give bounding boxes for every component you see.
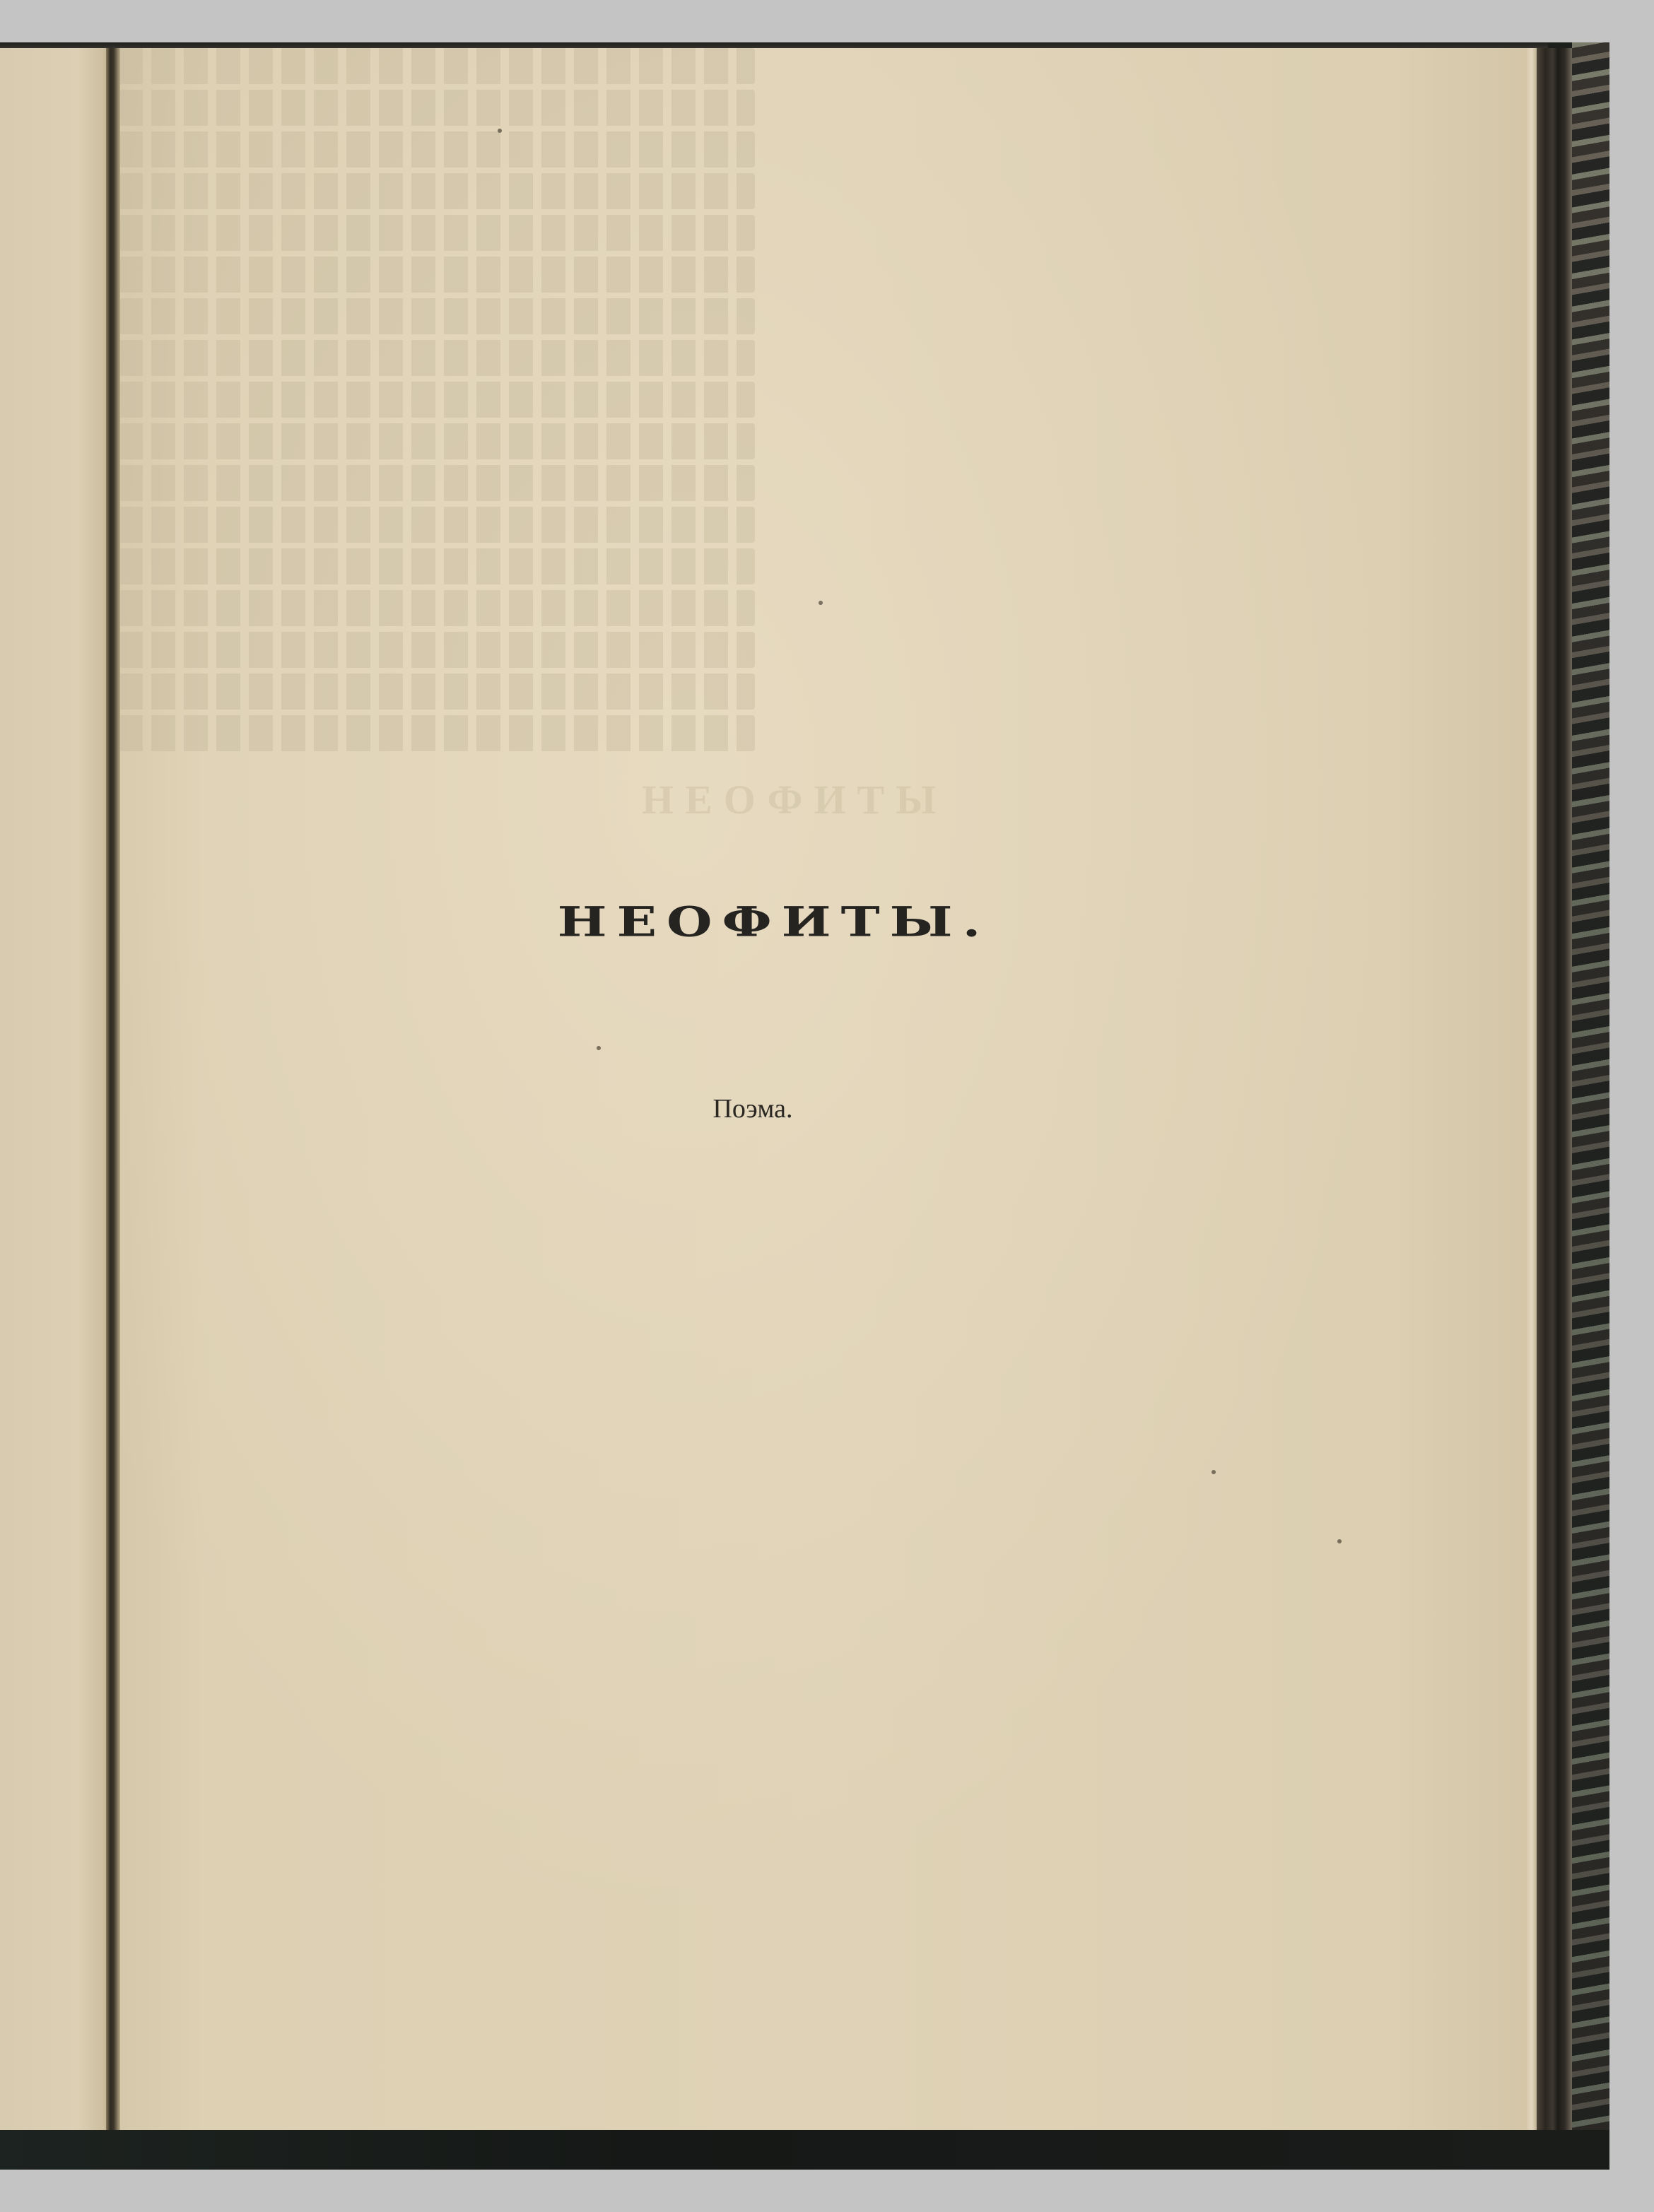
page-title: НЕОФИТЫ. <box>523 898 1025 946</box>
page-subtitle: Поэма. <box>636 1093 869 1124</box>
paper-speck <box>498 129 502 133</box>
book-edge-strata <box>1537 48 1572 2131</box>
paper-speck <box>597 1046 601 1050</box>
paper-speck <box>1212 1470 1216 1474</box>
bleed-through-title: НЕОФИТЫ <box>642 776 947 823</box>
paper-speck <box>1337 1539 1342 1543</box>
paper-speck <box>819 601 823 605</box>
page-fore-edge <box>1527 48 1537 2131</box>
left-page-fragment <box>0 48 112 2131</box>
bottom-cover-edge <box>0 2130 1609 2170</box>
title-page: НЕОФИТЫ <box>119 48 1535 2131</box>
bleed-through-text-block <box>119 48 755 751</box>
spine-gutter <box>106 48 120 2131</box>
marbled-cover <box>1572 42 1609 2170</box>
